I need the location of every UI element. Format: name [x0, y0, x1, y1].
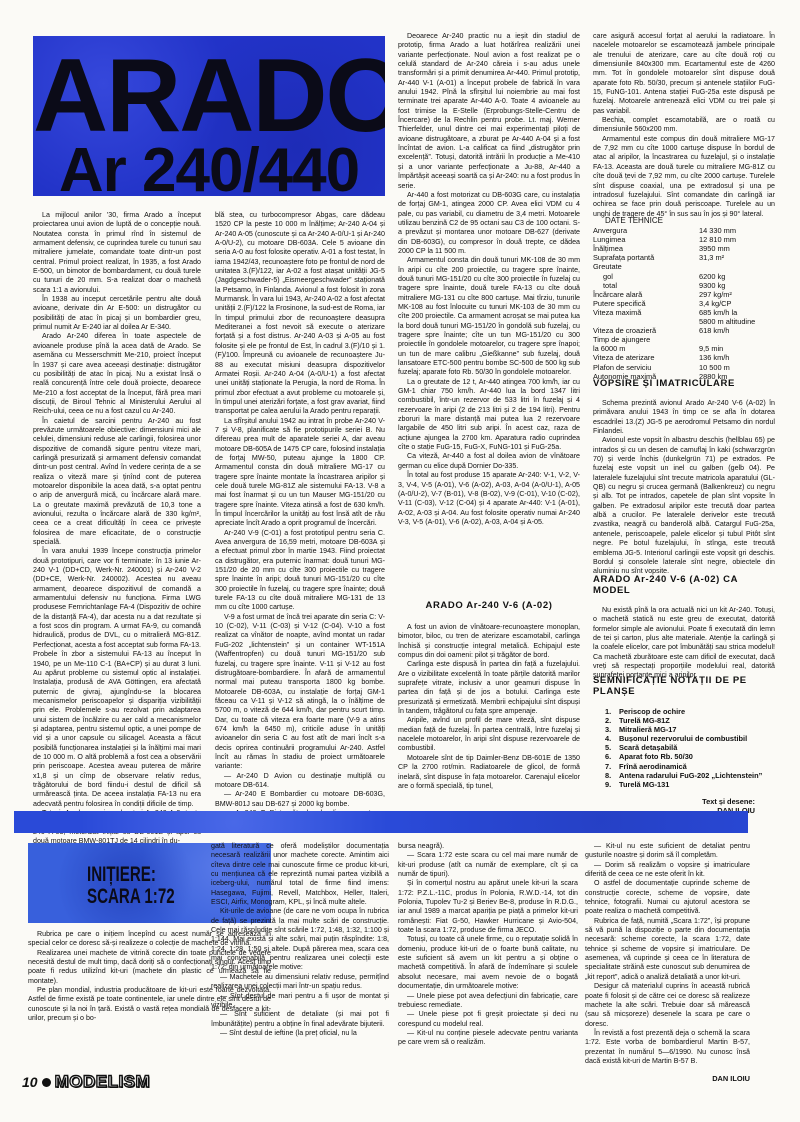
legend-item: 3.Mitralieră MG-17 [605, 725, 775, 734]
paint-section: VOPSIRE ȘI IMATRICULARE Schema prezintă … [593, 378, 775, 577]
legend-item: 1.Periscop de ochire [605, 707, 775, 716]
paragraph: care asigură accesul forțat al aerului l… [593, 32, 775, 116]
legend-item: 4.Bușonul rezervorului de combustibil [605, 734, 775, 743]
initiere-title-line2: SCARA 1:72 [87, 886, 175, 908]
paragraph: Și în comerțul nostru au apărut unele ki… [398, 879, 578, 935]
legend-number: 3. [605, 725, 619, 734]
spec-value: 9300 kg [699, 281, 755, 290]
paragraph: O astfel de documentație cuprinde scheme… [585, 879, 750, 916]
legend-label: Frînă aerodinamică [619, 762, 687, 771]
article-column-4: care asigură accesul forțat al aerului l… [593, 32, 775, 219]
section-heading-paint: VOPSIRE ȘI IMATRICULARE [593, 378, 775, 389]
legend-item: 5.Scară detașabilă [605, 743, 775, 752]
initiere-column-2: gată literatură ce oferă modeliștilor do… [211, 842, 389, 1038]
spec-label: total [593, 281, 699, 290]
section-heading-legend: SEMNIFICAȚIE NOTAȚII DE PE PLANȘE [593, 675, 775, 697]
paragraph: — Machetele au dimensiuni relativ reduse… [211, 973, 389, 992]
specs-table: Anvergura14 330 mmLungimea12 810 mmÎnălț… [593, 226, 755, 381]
paragraph: Schema prezintă avionul Arado Ar-240 V-6… [593, 399, 775, 436]
legend-number: 5. [605, 743, 619, 752]
legend-label: Bușonul rezervorului de combustibil [619, 734, 747, 743]
paragraph: bursa neagră). [398, 842, 578, 851]
paragraph: Rubrica de față, numită „Scara 1:72”, îș… [585, 917, 750, 982]
paragraph: Carlinga este dispusă în partea din față… [398, 660, 580, 716]
legend-item: 2.Turelă MG-81Z [605, 716, 775, 725]
spec-value: 10 500 m [699, 363, 755, 372]
spec-label: Putere specifică [593, 299, 699, 308]
legend-item: 8.Antena radarului FuG-202 „Lichtenstein… [605, 771, 775, 780]
initiere-title-line1: INIȚIERE: [87, 864, 175, 886]
paragraph: La mijlocul anilor '30, firma Arado a în… [33, 211, 201, 295]
legend-number: 8. [605, 771, 619, 780]
legend-list: 1.Periscop de ochire2.Turelă MG-81Z3.Mit… [593, 707, 775, 789]
paragraph: În revistă a fost prezentă deja o schemă… [585, 1029, 750, 1066]
spec-label [593, 317, 699, 326]
paragraph: Kit-urile de avioane (de care ne vom ocu… [211, 907, 389, 972]
spec-row: Viteza de croazieră618 km/h [593, 326, 755, 335]
paragraph: Arado Ar-240 diferea în toate aspectele … [33, 332, 201, 416]
initiere-column-4: — Kit-ul nu este suficient de detaliat p… [585, 842, 750, 1083]
title-banner: ARADO Ar 240/440 [33, 36, 385, 196]
legend-label: Mitralieră MG-17 [619, 725, 677, 734]
paragraph: La o greutate de 12 t, Ar-440 atingea 70… [398, 378, 580, 453]
paragraph: V-9 a fost urmat de încă trei aparate di… [215, 613, 385, 772]
spec-value [699, 262, 755, 271]
legend-label: Aparat foto Rb. 50/30 [619, 752, 693, 761]
paragraph: În caietul de sarcini pentru Ar-240 au f… [33, 417, 201, 548]
paragraph: Desigur că materialul cuprins în această… [585, 982, 750, 1029]
spec-value: 31,3 m² [699, 253, 755, 262]
spec-row: Anvergura14 330 mm [593, 226, 755, 235]
spec-label: Viteza de croazieră [593, 326, 699, 335]
paragraph: Ar-440 a fost motorizat cu DB-603G care,… [398, 191, 580, 256]
paragraph: Totuși, cu toate că unele firme, cu o re… [398, 935, 578, 991]
paragraph: Aripile, avînd un profil de mare viteză,… [398, 716, 580, 753]
paragraph: gată literatură ce oferă modeliștilor do… [211, 842, 389, 907]
spec-value: 12 810 mm [699, 235, 755, 244]
paragraph: La sfîrșitul anului 1942 au intrat în pr… [215, 417, 385, 529]
paragraph: Motoarele sînt de tip Daimler-Benz DB-60… [398, 754, 580, 791]
spec-value [699, 335, 755, 344]
paragraph: — Unele piese pot avea defecțiuni din fa… [398, 992, 578, 1011]
spec-row: 5800 m altitudine [593, 317, 755, 326]
initiere-credit: DAN ILOIU [585, 1074, 750, 1083]
paragraph: În 1938 au inceput cercetările pentru al… [33, 295, 201, 332]
spec-label: Înălțimea [593, 244, 699, 253]
spec-value: 9,5 min [699, 344, 755, 353]
section-divider-banner [14, 811, 748, 833]
spec-value: 14 330 mm [699, 226, 755, 235]
spec-row: Lungimea12 810 mm [593, 235, 755, 244]
paragraph: — Kit-ul nu este suficient de detaliat p… [585, 842, 750, 861]
spec-label: Lungimea [593, 235, 699, 244]
paragraph: — Scara 1:72 este scara cu cel mai mare … [398, 851, 578, 879]
paragraph: Ar-240 V-9 (C-01) a fost prototipul pent… [215, 529, 385, 613]
legend-label: Turelă MG-81Z [619, 716, 670, 725]
spec-row: Viteza maximă685 km/h la [593, 308, 755, 317]
title-main: ARADO [33, 50, 385, 142]
spec-row: Înălțimea3950 mm [593, 244, 755, 253]
page-footer: 10 MODELISM [22, 1072, 150, 1092]
paragraph: Armamentul consta din două tunuri MK-108… [398, 256, 580, 377]
spec-value: 6200 kg [699, 272, 755, 281]
spec-label: Suprafața portantă [593, 253, 699, 262]
paragraph: — Sînt destul de mari pentru a fi ușor d… [211, 992, 389, 1011]
paragraph: În vara anului 1939 începe construcția p… [33, 547, 201, 809]
spec-value: 685 km/h la [699, 308, 755, 317]
legend-number: 4. [605, 734, 619, 743]
spec-label: gol [593, 272, 699, 281]
paragraph: Bechia, complet escamotabilă, are o roat… [593, 116, 775, 135]
spec-row: Timp de ajungere [593, 335, 755, 344]
legend-number: 9. [605, 780, 619, 789]
spec-value: 136 km/h [699, 353, 755, 362]
spec-row: Suprafața portantă31,3 m² [593, 253, 755, 262]
legend-label: Scară detașabilă [619, 743, 677, 752]
model-section: ARADO Ar-240 V-6 (A-02) CA MODEL Nu exis… [593, 574, 775, 681]
spec-label: la 6000 m [593, 344, 699, 353]
variant-item: — Ar-240 D Avion cu destinație multiplă … [215, 772, 385, 791]
spec-label: Anvergura [593, 226, 699, 235]
article-column-3: Deoarece Ar-240 practic nu a ieșit din s… [398, 32, 580, 527]
paragraph: Nu există pînă la ora actuală nici un ki… [593, 606, 775, 681]
initiere-column-3: bursa neagră). — Scara 1:72 este scara c… [398, 842, 578, 1048]
spec-row: Încărcare alară297 kg/m² [593, 290, 755, 299]
spec-label: Viteza maximă [593, 308, 699, 317]
specs-heading: DATE TEHNICE [593, 216, 783, 225]
legend-item: 9.Turelă MG-131 [605, 780, 775, 789]
spec-value: 3950 mm [699, 244, 755, 253]
spec-row: Viteza de aterizare136 km/h [593, 353, 755, 362]
paragraph: Armamentul este compus din două mitralie… [593, 135, 775, 219]
section-heading-model: ARADO Ar-240 V-6 (A-02) CA MODEL [593, 574, 775, 596]
paragraph: blă stea, cu turbocompresor Abgas, care … [215, 211, 385, 417]
paragraph: În total au fost produse 15 aparate Ar-2… [398, 471, 580, 527]
credit-label: Text și desene: [593, 797, 755, 806]
article-column-1: La mijlocul anilor '30, firma Arado a în… [33, 211, 201, 846]
page-number: 10 [22, 1074, 38, 1090]
technical-data: DATE TEHNICE Anvergura14 330 mmLungimea1… [593, 216, 783, 381]
article-column-2: blă stea, cu turbocompresor Abgas, care … [215, 211, 385, 828]
paragraph: — Unele piese pot fi greșit proiectate ș… [398, 1010, 578, 1029]
paragraph: — Sînt suficient de detaliate (și mai po… [211, 1010, 389, 1029]
paragraph: Avionul este vopsit în albastru deschis … [593, 436, 775, 576]
legend-number: 1. [605, 707, 619, 716]
section-heading-v6: ARADO Ar-240 V-6 (A-02) [398, 600, 580, 611]
spec-value: 3,4 kg/CP [699, 299, 755, 308]
spec-label: Viteza de aterizare [593, 353, 699, 362]
v6-section: ARADO Ar-240 V-6 (A-02) A fost un avion … [398, 600, 580, 791]
spec-row: Putere specifică3,4 kg/CP [593, 299, 755, 308]
title-sub: Ar 240/440 [33, 142, 385, 196]
spec-value: 5800 m altitudine [699, 317, 755, 326]
spec-label: Timp de ajungere [593, 335, 699, 344]
spec-label: Încărcare alară [593, 290, 699, 299]
paragraph: Ca viteză, Ar-440 a fost al doilea avion… [398, 452, 580, 471]
initiere-title: INIȚIERE: SCARA 1:72 [87, 864, 175, 908]
legend-number: 2. [605, 716, 619, 725]
spec-row: Greutate [593, 262, 755, 271]
spec-row: la 6000 m9,5 min [593, 344, 755, 353]
spec-value: 297 kg/m² [699, 290, 755, 299]
bullet-icon [42, 1078, 51, 1087]
legend-number: 6. [605, 752, 619, 761]
spec-value: 618 km/h [699, 326, 755, 335]
spec-row: Plafon de serviciu10 500 m [593, 363, 755, 372]
variant-item: — Ar-240 E Bombardier cu motoare DB-603G… [215, 790, 385, 809]
paragraph: Deoarece Ar-240 practic nu a ieșit din s… [398, 32, 580, 191]
legend-number: 7. [605, 762, 619, 771]
spec-row: gol6200 kg [593, 272, 755, 281]
legend-item: 6.Aparat foto Rb. 50/30 [605, 752, 775, 761]
paragraph: — Dorim să realizăm o vopsire și imatric… [585, 861, 750, 880]
magazine-name: MODELISM [55, 1072, 151, 1092]
spec-label: Greutate [593, 262, 699, 271]
legend-section: SEMNIFICAȚIE NOTAȚII DE PE PLANȘE 1.Peri… [593, 675, 775, 815]
paragraph: — Sînt destul de ieftine (la preț oficia… [211, 1029, 389, 1038]
legend-label: Periscop de ochire [619, 707, 685, 716]
legend-item: 7.Frînă aerodinamică [605, 762, 775, 771]
legend-label: Turelă MG-131 [619, 780, 669, 789]
spec-label: Plafon de serviciu [593, 363, 699, 372]
legend-label: Antena radarului FuG-202 „Lichtenstein” [619, 771, 762, 780]
paragraph: — Kit-ul nu conține piesele adecvate pen… [398, 1029, 578, 1048]
paragraph: A fost un avion de vînătoare-recunoașter… [398, 623, 580, 660]
spec-row: total9300 kg [593, 281, 755, 290]
